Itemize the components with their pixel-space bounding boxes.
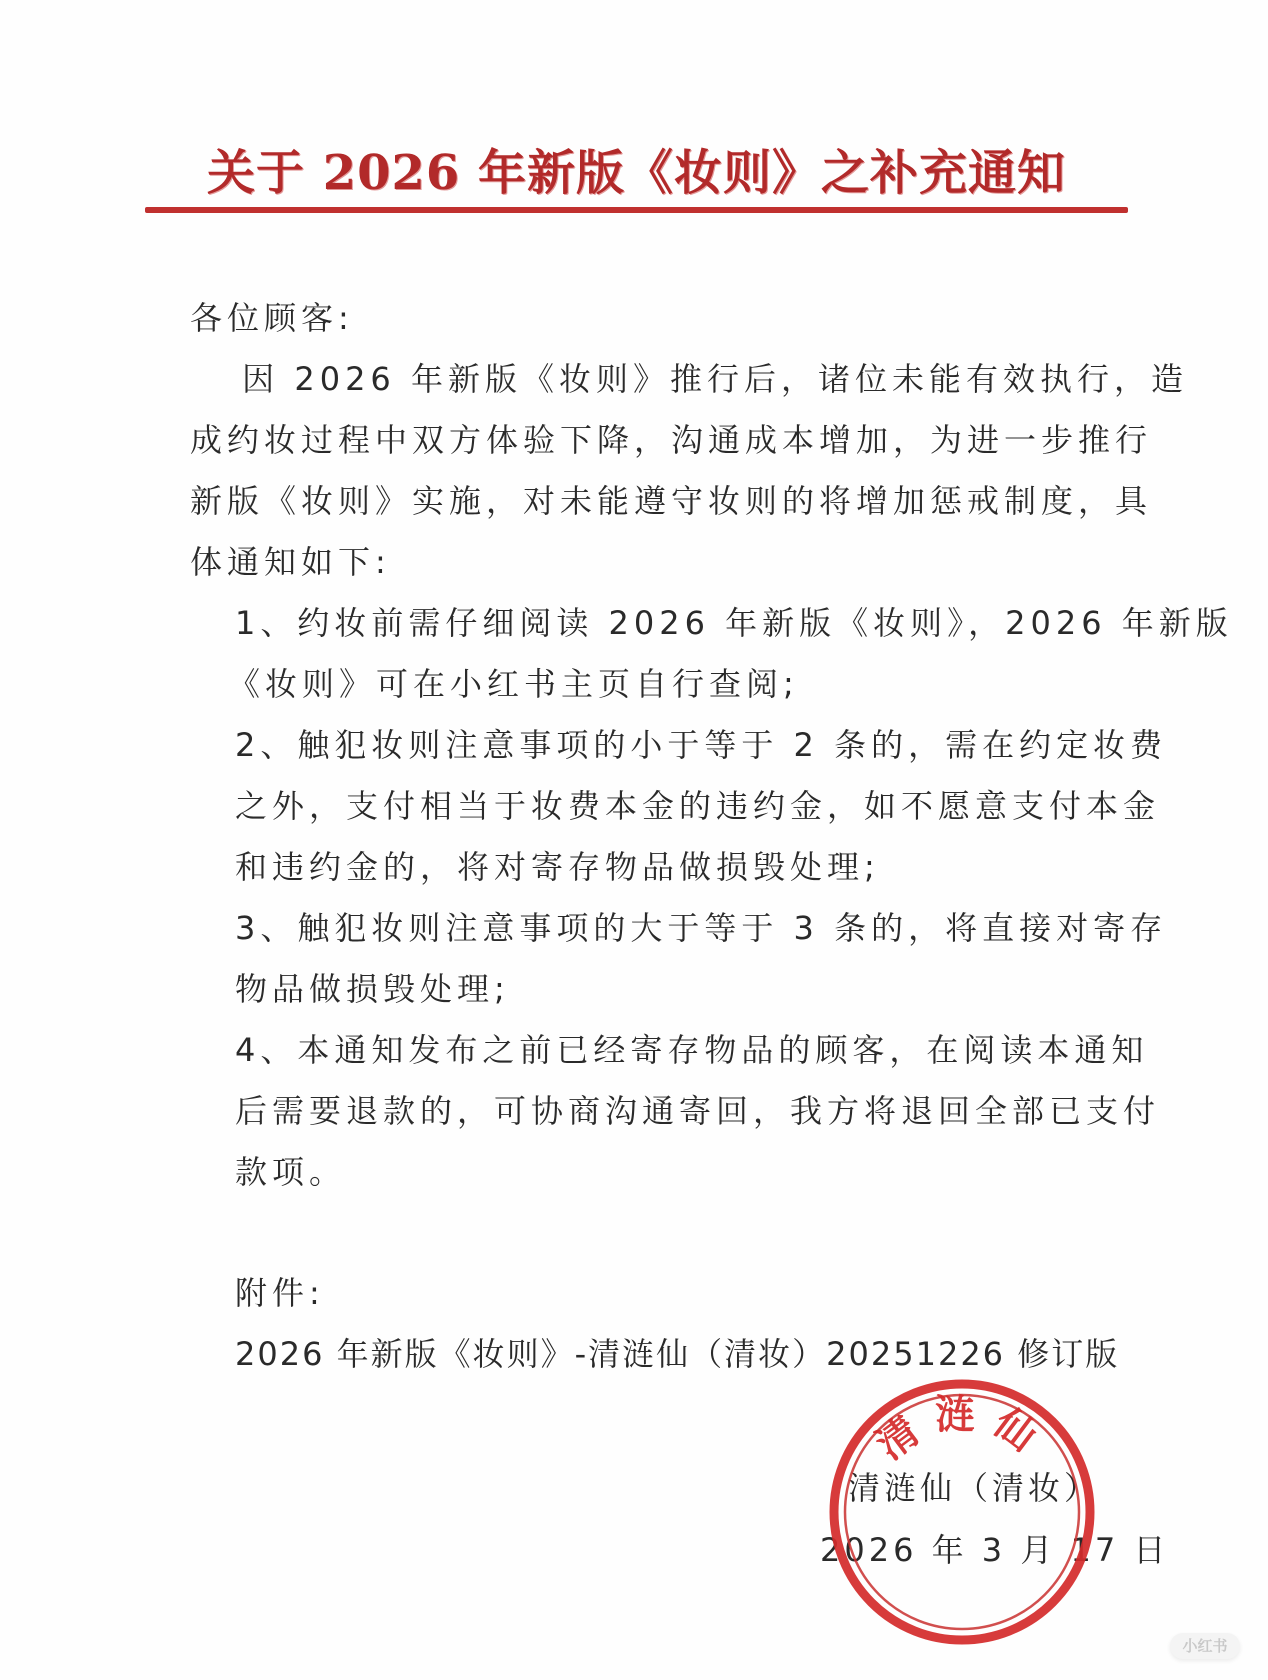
item-line: 后需要退款的，可协商沟通寄回，我方将退回全部已支付 <box>235 1091 1160 1131</box>
item-line: 和违约金的，将对寄存物品做损毁处理; <box>235 847 880 887</box>
intro-line-3: 新版《妆则》实施，对未能遵守妆则的将增加惩戒制度，具 <box>190 481 1152 521</box>
red-header-rule <box>145 207 1128 213</box>
item-line: 《妆则》可在小红书主页自行查阅; <box>228 664 799 704</box>
item-line: 2、触犯妆则注意事项的小于等于 2 条的，需在约定妆费 <box>235 725 1167 765</box>
item-line: 物品做损毁处理; <box>235 969 510 1009</box>
xiaohongshu-watermark: 小红书 <box>1170 1633 1240 1659</box>
item-line: 1、约妆前需仔细阅读 2026 年新版《妆则》，2026 年新版 <box>235 603 1233 643</box>
item-line: 3、触犯妆则注意事项的大于等于 3 条的，将直接对寄存 <box>235 908 1167 948</box>
signature-date: 2026 年 3 月 17 日 <box>820 1530 1169 1570</box>
notice-title: 关于 2026 年新版《妆则》之补充通知 <box>145 143 1128 203</box>
intro-line-2: 成约妆过程中双方体验下降，沟通成本增加，为进一步推行 <box>190 420 1152 460</box>
red-seal-stamp-icon: 清涟仙 <box>828 1378 1096 1646</box>
item-line: 款项。 <box>235 1152 346 1192</box>
seal-text: 清涟仙 <box>868 1392 1055 1469</box>
salutation: 各位顾客: <box>190 298 354 338</box>
notice-page: 关于 2026 年新版《妆则》之补充通知 各位顾客: 因 2026 年新版《妆则… <box>0 0 1268 1680</box>
item-line: 之外，支付相当于妆费本金的违约金，如不愿意支付本金 <box>235 786 1160 826</box>
attachment-link[interactable]: 2026 年新版《妆则》-清涟仙（清妆）20251226 修订版 <box>235 1334 1119 1374</box>
signature-issuer: 清涟仙（清妆） <box>848 1468 1100 1508</box>
item-line: 4、本通知发布之前已经寄存物品的顾客，在阅读本通知 <box>235 1030 1148 1070</box>
svg-text:清涟仙: 清涟仙 <box>868 1392 1055 1469</box>
intro-line-4: 体通知如下: <box>190 542 391 582</box>
intro-line-1: 因 2026 年新版《妆则》推行后，诸位未能有效执行，造 <box>190 359 1188 399</box>
attachment-label: 附件: <box>235 1273 325 1313</box>
